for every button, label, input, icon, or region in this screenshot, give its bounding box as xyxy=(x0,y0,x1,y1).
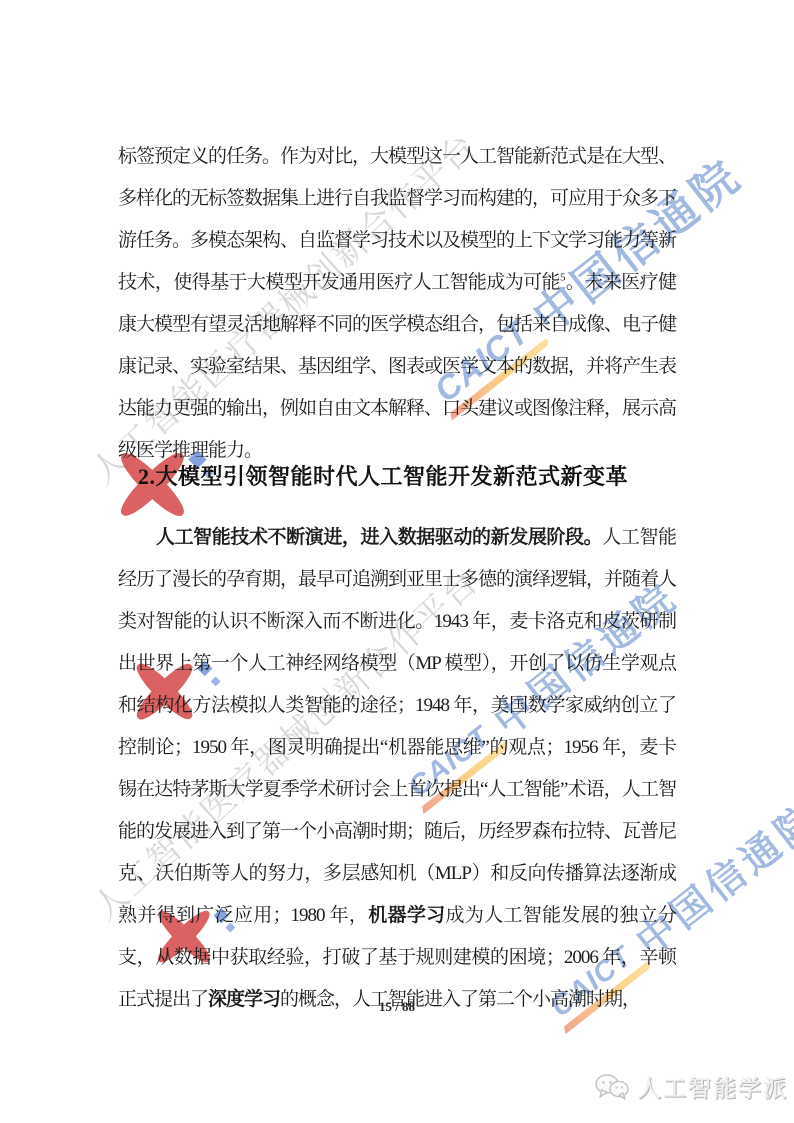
paragraph: 标签预定义的任务。作为对比，大模型这一人工智能新范式是在大型、多样化的无标签数据… xyxy=(118,136,676,472)
section-heading: 2.大模型引领智能时代人工智能开发新范式新变革 xyxy=(118,456,738,498)
footer-brand: 人工智能学派 xyxy=(594,1070,788,1103)
document-body: 标签预定义的任务。作为对比，大模型这一人工智能新范式是在大型、多样化的无标签数据… xyxy=(0,0,794,1123)
text-segment: 人工智能经历了漫长的孕育期，最早可追溯到亚里士多德的演绎逻辑，并随着人类对智能的… xyxy=(118,527,676,926)
document-page: { "document": { "paragraph1": { "segment… xyxy=(0,0,794,1123)
page-number: 15 / 88 xyxy=(0,999,794,1015)
wechat-icon xyxy=(594,1073,630,1101)
paragraph: 人工智能技术不断演进，进入数据驱动的新发展阶段。人工智能经历了漫长的孕育期，最早… xyxy=(118,517,676,1021)
text-segment: 人工智能技术不断演进，进入数据驱动的新发展阶段。 xyxy=(156,527,602,548)
text-segment: 。未来医疗健康大模型有望灵活地解释不同的医学模态组合，包括来自成像、电子健康记录… xyxy=(118,272,676,461)
footer-brand-label: 人工智能学派 xyxy=(638,1070,788,1103)
text-segment: 标签预定义的任务。作为对比，大模型这一人工智能新范式是在大型、多样化的无标签数据… xyxy=(118,146,676,293)
text-segment: 机器学习 xyxy=(368,905,445,926)
